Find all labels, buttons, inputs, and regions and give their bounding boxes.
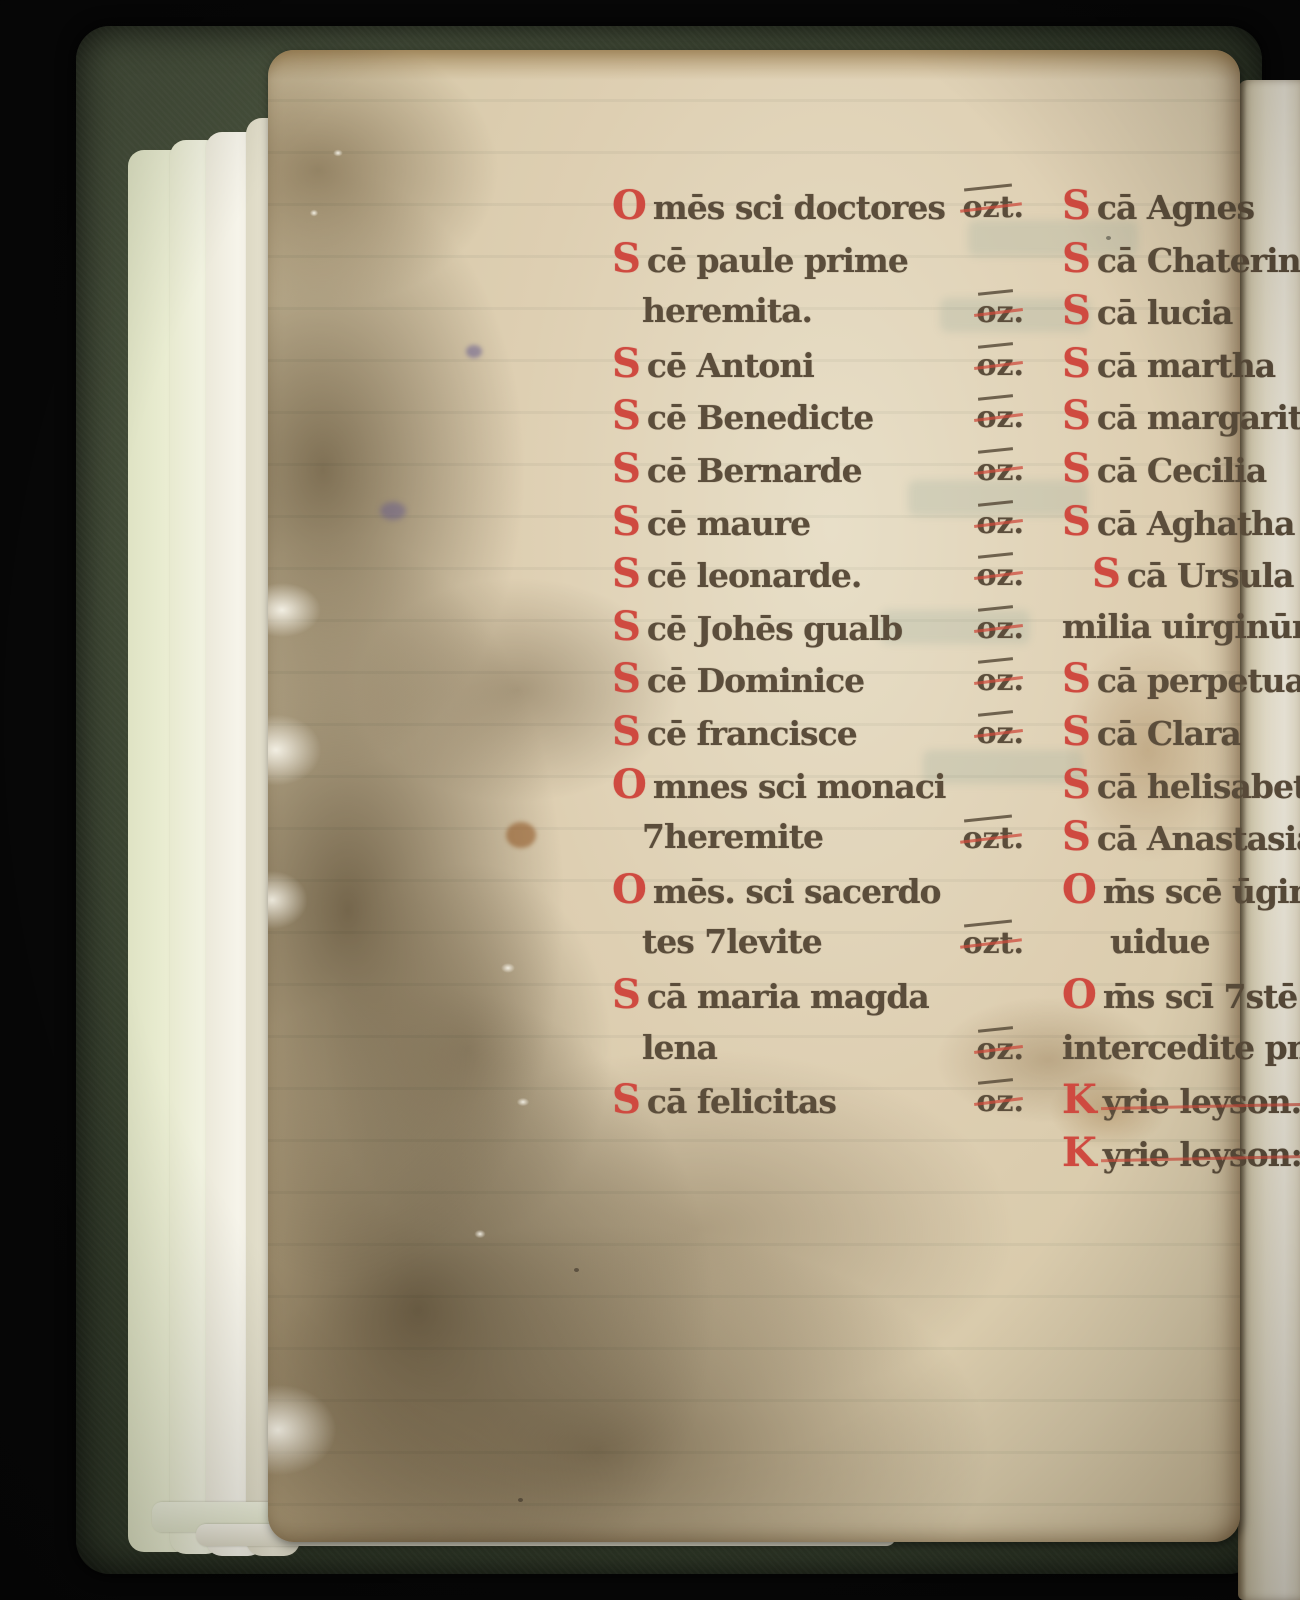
rubric-initial-letter: S (1062, 498, 1090, 545)
line-text: cē paule prime (647, 241, 908, 280)
line-text: cē Antoni (647, 346, 814, 385)
litany-line: Scē Johēs gualboz. (612, 607, 1028, 660)
respond-mark: oz. (977, 295, 1025, 330)
line-text: cē Dominice (647, 661, 864, 700)
text-column-left: Omēs sci doctoresozt.Scē paule primehere… (612, 186, 1028, 1133)
respond-mark: oz. (977, 716, 1025, 751)
respond-mark: oz. (977, 348, 1025, 383)
litany-line: Scā helisabethoz. (1062, 765, 1300, 818)
rubric-initial-letter: S (1062, 708, 1090, 755)
line-text: uidue (1110, 922, 1210, 961)
litany-line: Scā Anastasia.oz. (1062, 817, 1300, 870)
rubric-initial-letter: S (612, 708, 640, 755)
litany-line: Omēs sci doctoresozt. (612, 186, 1028, 239)
litany-line: Scē Dominiceoz. (612, 659, 1028, 712)
speck (518, 1498, 523, 1502)
rubric-initial-letter: S (1062, 182, 1090, 229)
line-text: cā Agnes (1097, 188, 1254, 227)
line-text: cā Clara (1097, 714, 1241, 753)
litany-line: Scē Antonioz. (612, 344, 1028, 397)
rubric-initial-letter: S (612, 1076, 640, 1123)
photograph-background: Omēs sci doctoresozt.Scē paule primehere… (0, 0, 1300, 1600)
line-text: mēs sci doctores (653, 188, 945, 227)
respond-mark: oz. (977, 558, 1025, 593)
litany-line: Scē Benedicteoz. (612, 396, 1028, 449)
rubric-initial-letter: S (1062, 392, 1090, 439)
line-text: intercedite pnob. (1062, 1028, 1300, 1067)
litany-line: Scē francisceoz. (612, 712, 1028, 765)
line-text: m̄s scē ūgines 7 (1103, 872, 1300, 911)
litany-line: Scā Ceciliaoz. (1062, 449, 1300, 502)
respond-mark: oz. (977, 453, 1025, 488)
litany-line: Scā perpetuaoz. (1062, 659, 1300, 712)
litany-line: 7heremiteozt. (612, 817, 1028, 870)
rubric-initial-letter: S (1062, 340, 1090, 387)
line-text: cā margarita (1097, 398, 1300, 437)
litany-line: Scē paule prime (612, 239, 1028, 292)
litany-line: Scā Claraoz. (1062, 712, 1300, 765)
litany-line: Scē Bernardeoz. (612, 449, 1028, 502)
line-text: 7heremite (642, 817, 823, 856)
rubric-initial-letter: O (612, 866, 646, 913)
line-text: cā helisabeth (1097, 767, 1300, 806)
line-text: tes 7levite (642, 922, 822, 961)
line-text: yrie leyson:- (1103, 1135, 1300, 1174)
rubric-initial-letter: O (612, 182, 646, 229)
litany-line: Kyrie leyson.Xpēley (1062, 1080, 1300, 1133)
rubric-initial-letter: S (612, 445, 640, 492)
litany-line: intercedite pnob. (1062, 1028, 1300, 1081)
line-text: cā perpetua (1097, 661, 1300, 700)
ink-blot (466, 345, 482, 358)
line-text: lena (642, 1028, 717, 1067)
rubric-initial-letter: S (1092, 550, 1120, 597)
rubric-initial-letter: S (612, 603, 640, 650)
respond-mark: oz. (977, 611, 1025, 646)
line-text: cā Ursula cū xj (1127, 556, 1300, 595)
litany-line: Kyrie leyson:- (1062, 1133, 1300, 1186)
line-text: cā lucia (1097, 293, 1233, 332)
litany-line: uidueozt. (1062, 922, 1300, 975)
line-text: milia uirginūm (1062, 607, 1300, 646)
respond-mark: oz. (977, 400, 1025, 435)
rubric-initial-letter: K (1062, 1129, 1096, 1176)
respond-mark: ozt. (963, 190, 1024, 225)
litany-line: Scā felicitasoz. (612, 1080, 1028, 1133)
litany-line: Scā Aghathaoz. (1062, 502, 1300, 555)
litany-line: Scā marthaoz. (1062, 344, 1300, 397)
line-text: cā martha (1097, 346, 1275, 385)
line-text: m̄s scī 7stē dei (1103, 977, 1300, 1016)
line-text: mnes sci monaci (653, 767, 946, 806)
line-text: cē Bernarde (647, 451, 862, 490)
rubric-initial-letter: S (1062, 655, 1090, 702)
line-text: cā Chaterina (1097, 241, 1300, 280)
rubric-initial-letter: S (612, 340, 640, 387)
line-text: mēs. sci sacerdo (653, 872, 941, 911)
line-text: cē leonarde. (647, 556, 861, 595)
line-text: cā felicitas (647, 1082, 836, 1121)
rubric-initial-letter: O (612, 761, 646, 808)
line-text: cā Aghatha (1097, 504, 1295, 543)
rubric-initial-letter: S (612, 655, 640, 702)
litany-line: Scā maria magda (612, 975, 1028, 1028)
litany-line: Scē maureoz. (612, 502, 1028, 555)
line-text: cā maria magda (647, 977, 929, 1016)
litany-line: Scā Agnesoz. (1062, 186, 1300, 239)
rubric-initial-letter: S (612, 971, 640, 1018)
line-text: cā Anastasia. (1097, 819, 1300, 858)
rubric-initial-letter: S (1062, 235, 1090, 282)
rubric-initial-letter: S (612, 550, 640, 597)
litany-line: Scā margaritao. (1062, 396, 1300, 449)
ink-blot (380, 502, 406, 520)
rubric-initial-letter: O (1062, 971, 1096, 1018)
manuscript-page: Omēs sci doctoresozt.Scē paule primehere… (268, 50, 1240, 1542)
rubric-initial-letter: O (1062, 866, 1096, 913)
line-text: cē Johēs gualb (647, 609, 902, 648)
litany-line: Scā Chaterinaoz. (1062, 239, 1300, 292)
litany-line: Scā Ursula cū xj (1062, 554, 1300, 607)
line-text: cā Cecilia (1097, 451, 1266, 490)
rubric-initial-letter: K (1062, 1076, 1096, 1123)
line-text: cē Benedicte (647, 398, 873, 437)
respond-mark: oz. (977, 506, 1025, 541)
litany-line: Om̄s scī 7stē dei (1062, 975, 1300, 1028)
speck (574, 1268, 579, 1272)
litany-line: Omēs. sci sacerdo (612, 870, 1028, 923)
litany-line: lenaoz. (612, 1028, 1028, 1081)
line-text: cē maure (647, 504, 810, 543)
respond-mark: ozt. (963, 926, 1024, 961)
litany-line: tes 7leviteozt. (612, 922, 1028, 975)
respond-mark: oz. (977, 1032, 1025, 1067)
litany-line: Scā luciaoz. (1062, 291, 1300, 344)
litany-line: heremita.oz. (612, 291, 1028, 344)
line-text: yrie leyson. (1103, 1082, 1300, 1121)
litany-line: Scē leonarde.oz. (612, 554, 1028, 607)
rubric-initial-letter: S (612, 392, 640, 439)
respond-mark: oz. (977, 1084, 1025, 1119)
respond-mark: ozt. (963, 821, 1024, 856)
respond-mark: oz. (977, 663, 1025, 698)
text-column-right: Scā Agnesoz.Scā Chaterinaoz.Scā luciaoz.… (1062, 186, 1300, 1185)
rubric-initial-letter: S (612, 235, 640, 282)
rust-stain (506, 822, 536, 848)
rubric-initial-letter: S (612, 498, 640, 545)
litany-line: Om̄s scē ūgines 7 (1062, 870, 1300, 923)
rubric-initial-letter: S (1062, 813, 1090, 860)
line-text: cē francisce (647, 714, 857, 753)
rubric-initial-letter: S (1062, 445, 1090, 492)
litany-line: Omnes sci monaci (612, 765, 1028, 818)
rubric-initial-letter: S (1062, 761, 1090, 808)
rubric-initial-letter: S (1062, 287, 1090, 334)
line-text: heremita. (642, 291, 812, 330)
litany-line: milia uirginūmoz. (1062, 607, 1300, 660)
